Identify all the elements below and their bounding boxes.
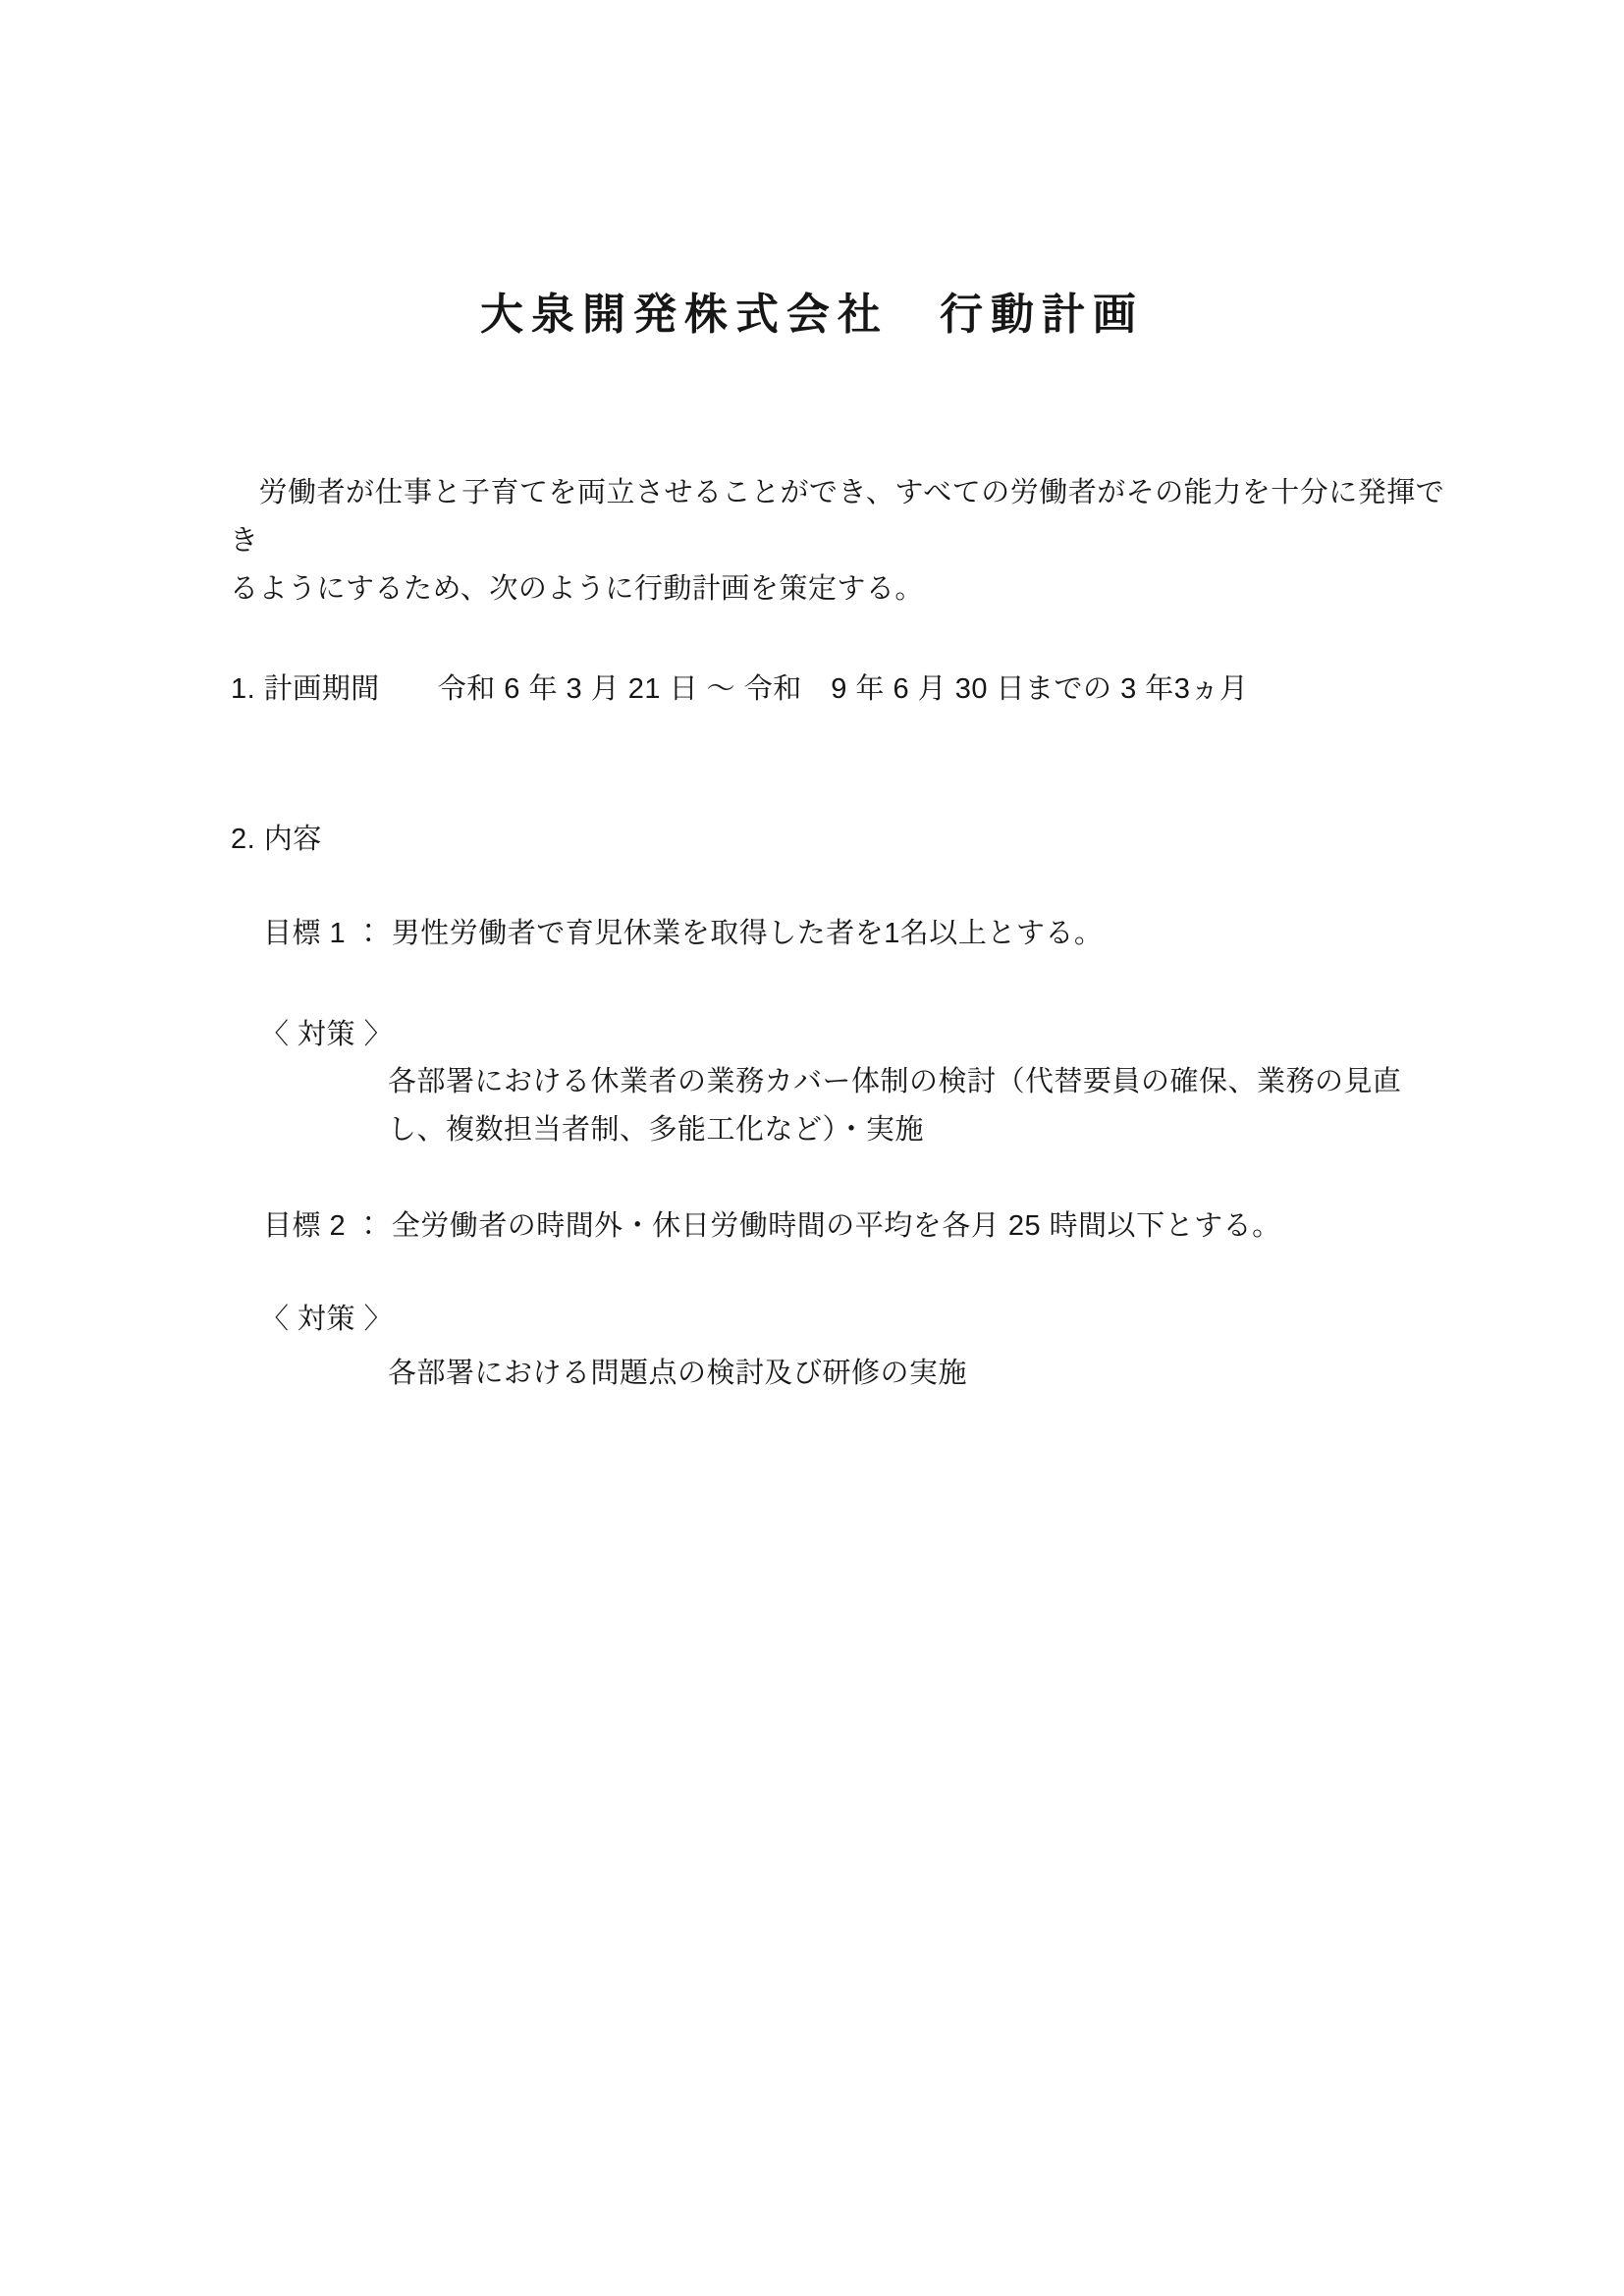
goal-2-line: 目標 2 ： 全労働者の時間外・休日労働時間の平均を各月 25 時間以下とする。 [263, 1202, 1441, 1251]
document-page: 大泉開発株式会社 行動計画 労働者が仕事と子育てを両立させることができ、すべての… [0, 0, 1624, 2296]
goal-1-measures-text: 各部署における休業者の業務カバー体制の検討（代替要員の確保、業務の見直 し、複数… [388, 1058, 1448, 1154]
contents-heading: 2. 内容 [231, 816, 322, 864]
goal-2-measures-label: 〈 対策 〉 [260, 1296, 393, 1344]
goal-1-line: 目標 1 ： 男性労働者で育児休業を取得した者を1名以上とする。 [263, 910, 1441, 958]
plan-period-line: 1. 計画期間 令和 6 年 3 月 21 日 ～ 令和 9 年 6 月 30 … [231, 666, 1507, 714]
goal-2-measures-text: 各部署における問題点の検討及び研修の実施 [388, 1350, 1448, 1398]
goal-1-measures-label: 〈 対策 〉 [260, 1011, 393, 1059]
intro-paragraph: 労働者が仕事と子育てを両立させることができ、すべての労働者がその能力を十分に発揮… [230, 469, 1467, 614]
document-title: 大泉開発株式会社 行動計画 [0, 287, 1624, 344]
